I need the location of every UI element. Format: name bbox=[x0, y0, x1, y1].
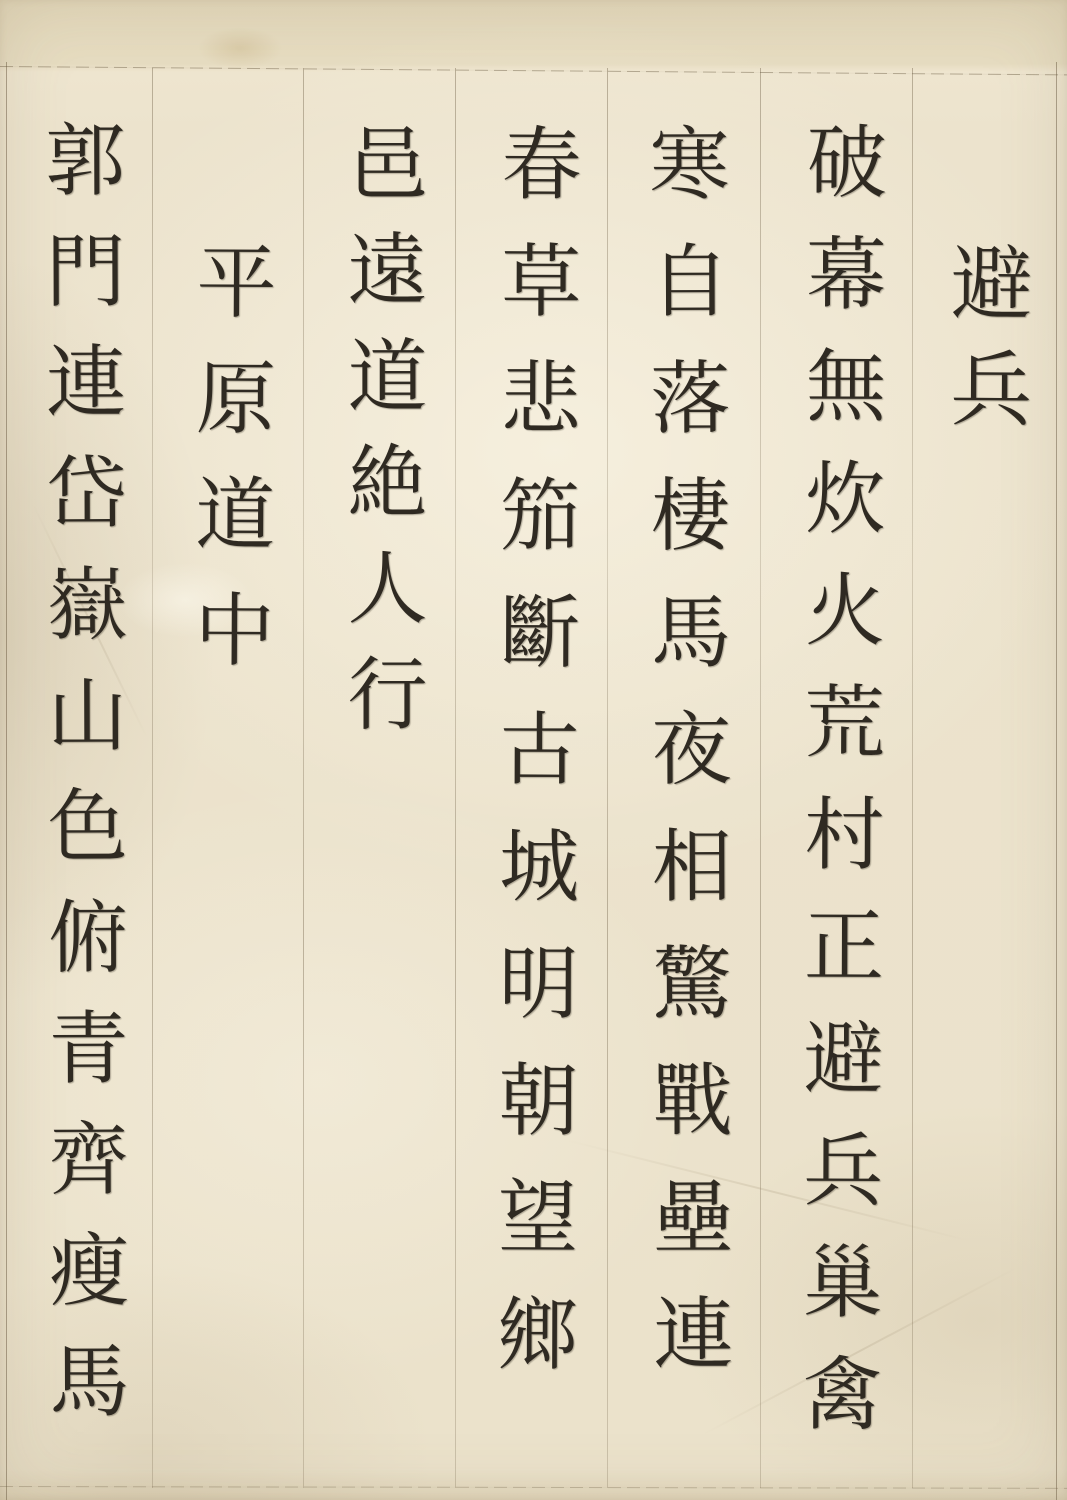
column-rule bbox=[152, 68, 153, 1488]
column-rule bbox=[455, 68, 456, 1488]
column-rule bbox=[607, 68, 608, 1488]
column-rule bbox=[760, 68, 761, 1488]
top-margin-rule bbox=[0, 66, 1067, 75]
poem1-column-3: 春草悲笳斷古城明朝望鄉 bbox=[490, 122, 574, 1409]
poem2-column-1: 郭門連岱嶽山色俯青齊瘦馬 bbox=[38, 118, 123, 1450]
poem1-column-4: 邑遠道絶人行 bbox=[340, 122, 420, 758]
page-edge-right bbox=[1056, 62, 1057, 1500]
poem1-column-2: 寒自落棲馬夜相驚戰壘連 bbox=[642, 122, 726, 1409]
column-rule bbox=[912, 68, 913, 1488]
poem1-title-column: 避兵 bbox=[942, 240, 1025, 452]
page-edge-left bbox=[6, 62, 7, 1500]
bottom-margin-rule bbox=[0, 1486, 1067, 1489]
poem2-title-column: 平原道中 bbox=[187, 240, 269, 704]
column-rule bbox=[303, 68, 304, 1488]
manuscript-page: 避兵 破幕無炊火荒村正避兵巢禽 寒自落棲馬夜相驚戰壘連 春草悲笳斷古城明朝望鄉 … bbox=[0, 0, 1067, 1500]
poem1-column-1: 破幕無炊火荒村正避兵巢禽 bbox=[795, 120, 880, 1464]
